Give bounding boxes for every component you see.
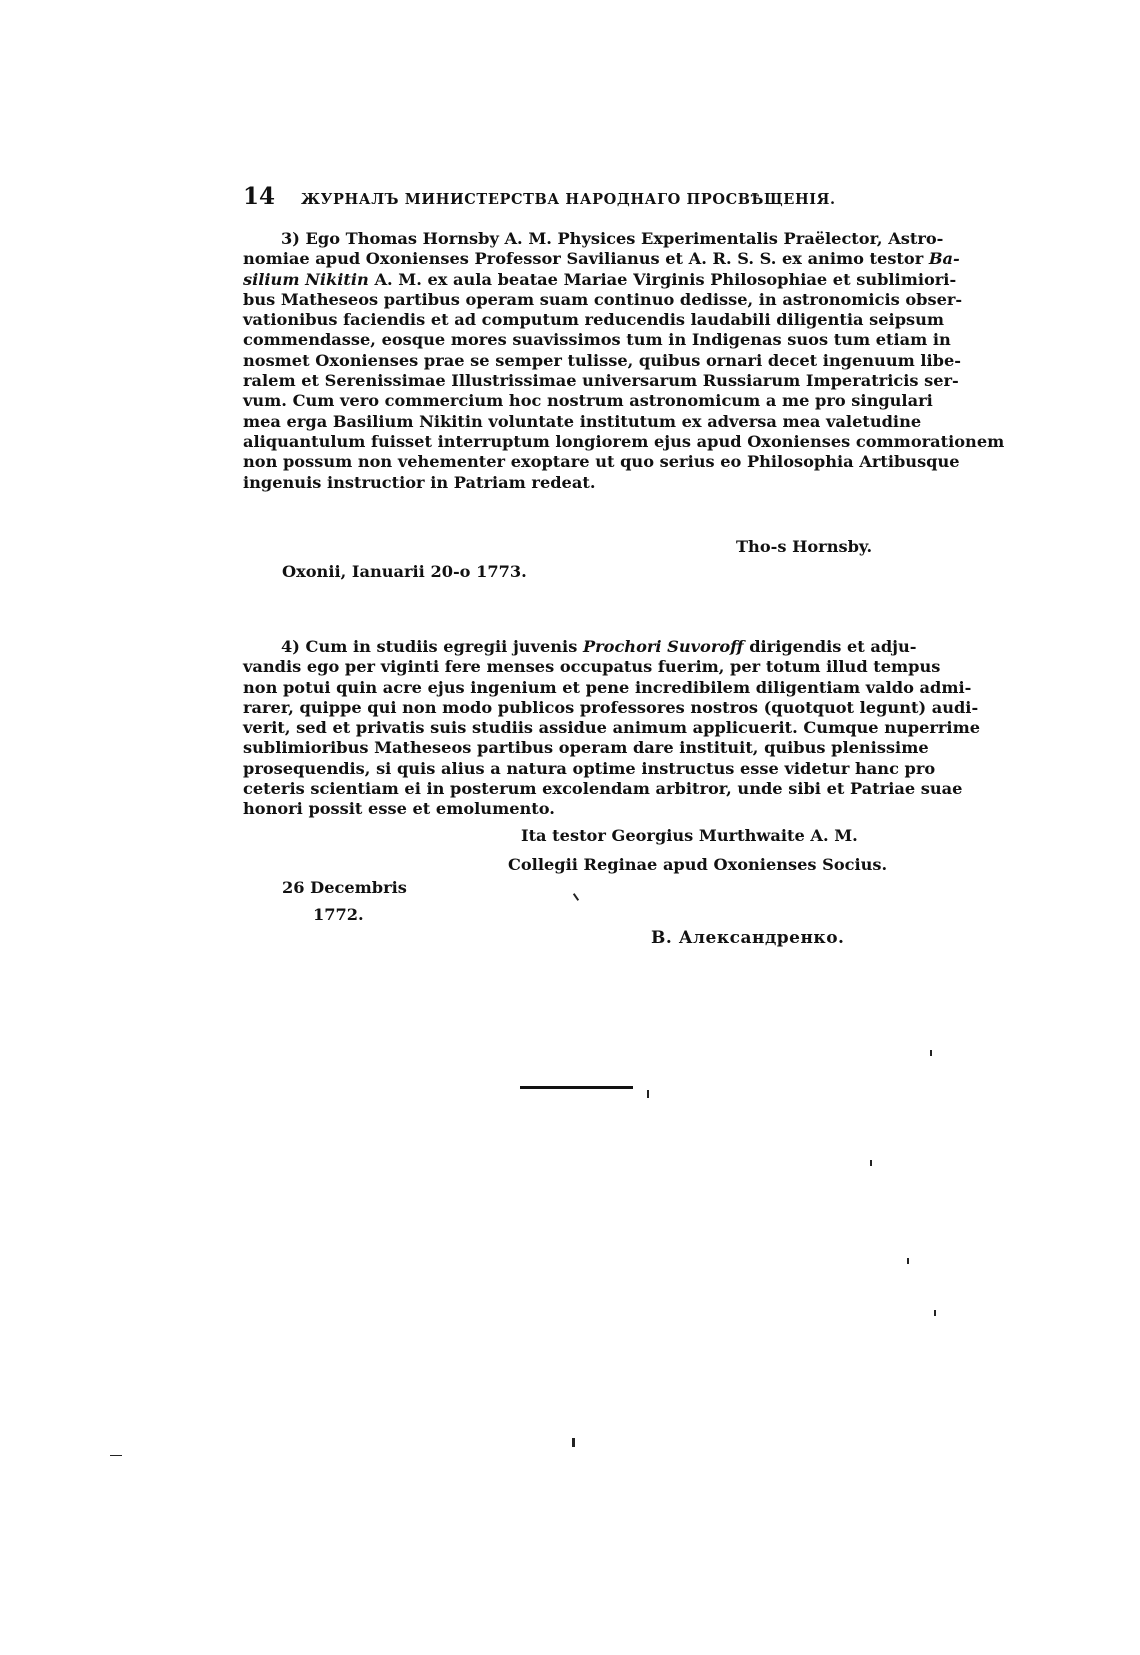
letter-3-place-date: Oxonii, Ianuarii 20-o 1773. bbox=[282, 562, 527, 581]
letter-4-paragraph: 4) Cum in studiis egregii juvenis Procho… bbox=[243, 637, 884, 820]
scan-speck bbox=[870, 1160, 872, 1166]
text-line-content: nomiae apud Oxonienses Professor Savilia… bbox=[243, 249, 960, 268]
running-title: ЖУРНАЛЪ МИНИСТЕРСТВА НАРОДНАГО ПРОСВѢЩЕН… bbox=[301, 191, 836, 208]
text-line: nomiae apud Oxonienses Professor Savilia… bbox=[243, 249, 884, 269]
scan-speck bbox=[110, 1455, 122, 1456]
text-line: non possum non vehementer exoptare ut qu… bbox=[243, 452, 884, 472]
letter-4-date-day: 26 Decembris bbox=[282, 878, 407, 897]
text-line: bus Matheseos partibus operam suam conti… bbox=[243, 290, 884, 310]
text-line: sublimioribus Matheseos partibus operam … bbox=[243, 738, 884, 758]
scan-speck bbox=[647, 1090, 649, 1098]
page-number: 14 bbox=[243, 183, 301, 210]
text-line: prosequendis, si quis alius a natura opt… bbox=[243, 759, 884, 779]
text-line-content: silium Nikitin A. M. ex aula beatae Mari… bbox=[243, 270, 956, 289]
text-line: commendasse, eosque mores suavissimos tu… bbox=[243, 330, 884, 350]
text-line: vum. Cum vero commercium hoc nostrum ast… bbox=[243, 391, 884, 411]
author-signature: В. Александренко. bbox=[651, 928, 844, 948]
text-line: ralem et Serenissimae Illustrissimae uni… bbox=[243, 371, 884, 391]
text-line: vationibus faciendis et ad computum redu… bbox=[243, 310, 884, 330]
murthwaite-signature: Ita testor Georgius Murthwaite A. M. bbox=[521, 826, 858, 845]
scan-speck bbox=[930, 1050, 932, 1056]
italic-name: Ba- bbox=[929, 249, 960, 268]
scan-speck bbox=[934, 1310, 936, 1316]
text-line: silium Nikitin A. M. ex aula beatae Mari… bbox=[243, 270, 884, 290]
murthwaite-affiliation: Collegii Reginae apud Oxonienses Socius. bbox=[508, 855, 887, 874]
text-line: rarer, quippe qui non modo publicos prof… bbox=[243, 698, 884, 718]
text-line: ingenuis instructior in Patriam redeat. bbox=[243, 473, 884, 493]
text-line: mea erga Basilium Nikitin voluntate inst… bbox=[243, 412, 884, 432]
scan-speck bbox=[572, 1438, 575, 1447]
text-line: ceteris scientiam ei in posterum excolen… bbox=[243, 779, 884, 799]
text-line-content: 4) Cum in studiis egregii juvenis Procho… bbox=[281, 637, 917, 656]
text-line: nosmet Oxonienses prae se semper tulisse… bbox=[243, 351, 884, 371]
letter-3-paragraph: 3) Ego Thomas Hornsby A. M. Physices Exp… bbox=[243, 229, 884, 493]
scan-speck bbox=[907, 1258, 909, 1264]
text-line: verit, sed et privatis suis studiis assi… bbox=[243, 718, 884, 738]
book-page: 14 ЖУРНАЛЪ МИНИСТЕРСТВА НАРОДНАГО ПРОСВѢ… bbox=[0, 0, 1140, 1655]
text-line: non potui quin acre ejus ingenium et pen… bbox=[243, 678, 884, 698]
hornsby-signature: Tho-s Hornsby. bbox=[736, 537, 872, 556]
letter-4-date-year: 1772. bbox=[313, 905, 364, 924]
page-header: 14 ЖУРНАЛЪ МИНИСТЕРСТВА НАРОДНАГО ПРОСВѢ… bbox=[243, 183, 883, 213]
italic-name: Prochori Suvoroff bbox=[583, 637, 744, 656]
text-line: honori possit esse et emolumento. bbox=[243, 799, 884, 819]
text-line: vandis ego per viginti fere menses occup… bbox=[243, 657, 884, 677]
italic-name: silium Nikitin bbox=[243, 270, 369, 289]
scan-speck bbox=[573, 893, 579, 901]
text-line: aliquantulum fuisset interruptum longior… bbox=[243, 432, 884, 452]
text-line: 3) Ego Thomas Hornsby A. M. Physices Exp… bbox=[243, 229, 884, 249]
text-line: 4) Cum in studiis egregii juvenis Procho… bbox=[243, 637, 884, 657]
section-end-rule bbox=[520, 1086, 633, 1089]
